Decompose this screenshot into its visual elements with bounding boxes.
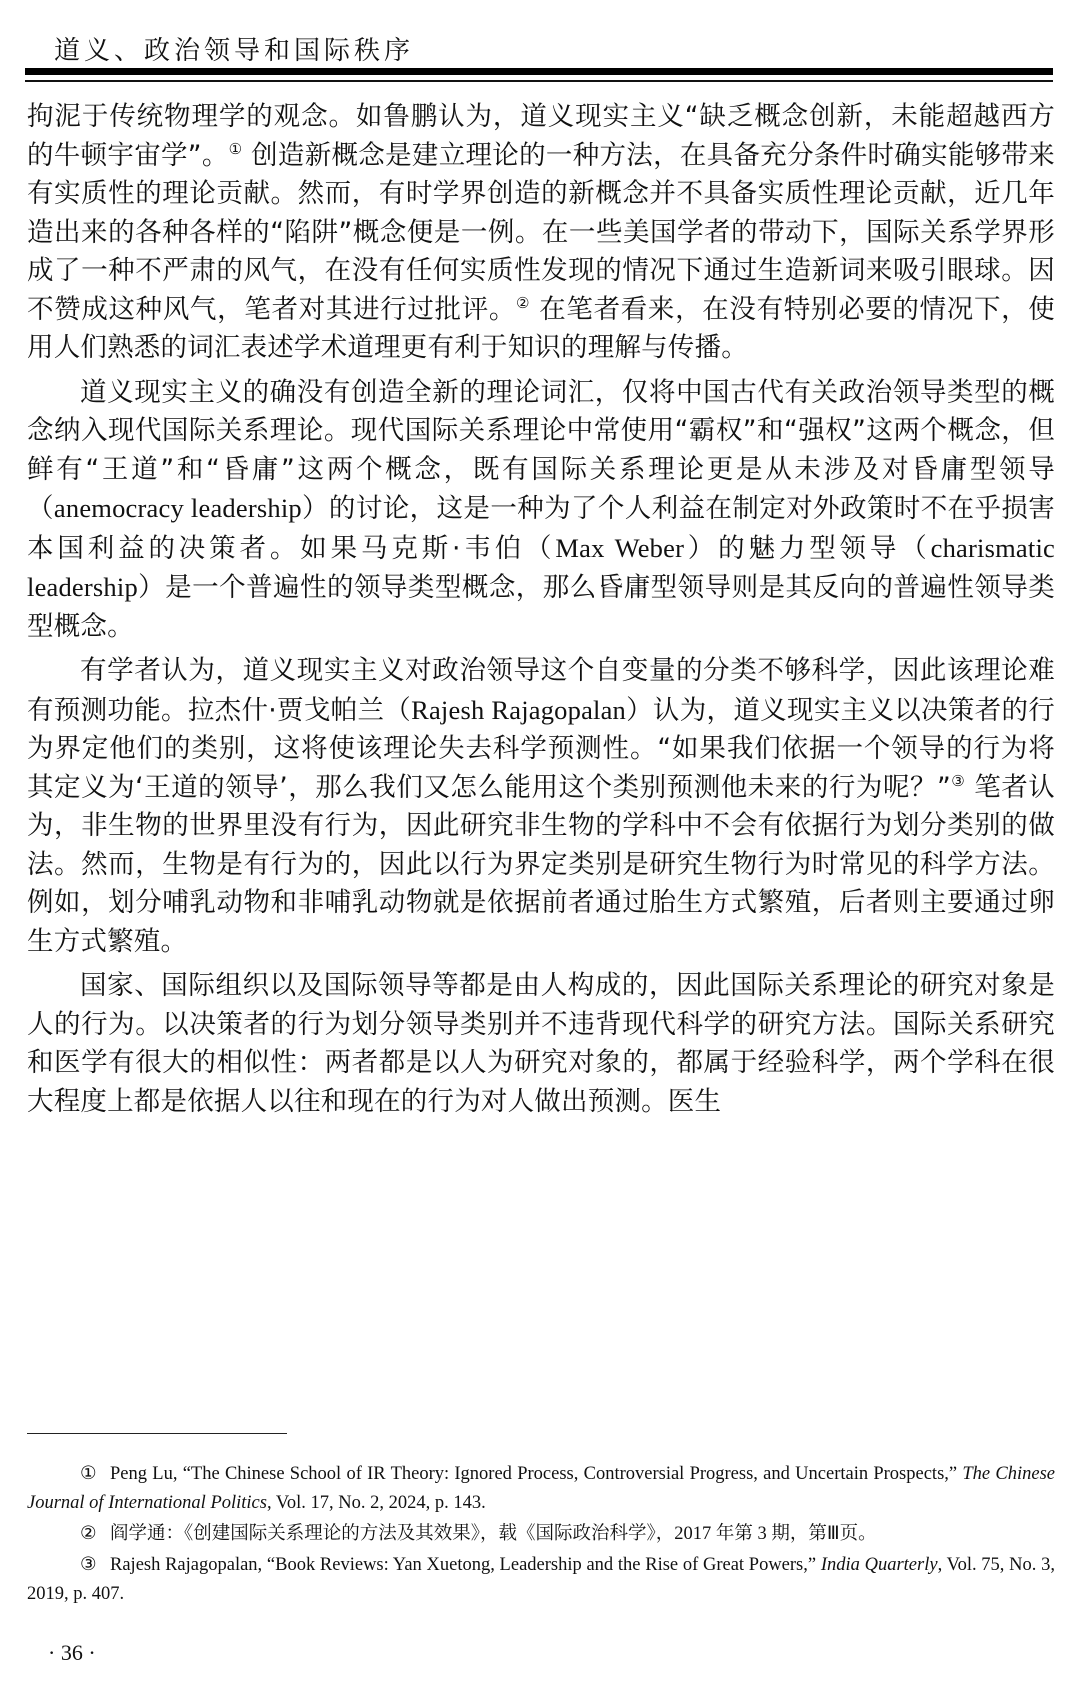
footnote-2: ②阎学通：《创建国际关系理论的方法及其效果》，载《国际政治科学》，2017 年第… xyxy=(27,1520,1055,1549)
text-run: , Vol. 17, No. 2, 2024, p. 143. xyxy=(267,1493,486,1513)
latin-term: anemocracy leadership xyxy=(54,493,302,523)
footnotes: ①Peng Lu, “The Chinese School of IR Theo… xyxy=(27,1460,1055,1611)
footnote-separator xyxy=(27,1433,287,1434)
text-run: ）的魅力型领导（ xyxy=(684,533,931,564)
footnote-ref[interactable]: ③ xyxy=(951,772,965,790)
header-rule-thin xyxy=(25,80,1053,82)
footnote-1: ①Peng Lu, “The Chinese School of IR Theo… xyxy=(27,1460,1055,1518)
italic-title: India Quarterly xyxy=(821,1555,938,1575)
footnote-ref[interactable]: ① xyxy=(229,140,243,158)
text-run: ）是一个普遍性的领导类型概念，那么昏庸型领导则是其反向的普遍性领导类型概念。 xyxy=(27,572,1055,642)
footnote-marker: ② xyxy=(80,1520,110,1549)
footnote-3: ③Rajesh Rajagopalan, “Book Reviews: Yan … xyxy=(27,1551,1055,1609)
text-run: Rajesh Rajagopalan, “Book Reviews: Yan X… xyxy=(110,1555,821,1575)
paragraph-3: 有学者认为，道义现实主义对政治领导这个自变量的分类不够科学，因此该理论难有预测功… xyxy=(27,652,1055,961)
footnote-marker: ① xyxy=(80,1460,110,1489)
text-run: 国家、国际组织以及国际领导等都是由人构成的，因此国际关系理论的研究对象是人的行为… xyxy=(27,970,1055,1117)
latin-term: Rajesh Rajagopalan xyxy=(411,695,626,725)
text-run: Peng Lu, “The Chinese School of IR Theor… xyxy=(110,1464,962,1484)
paragraph-2: 道义现实主义的确没有创造全新的理论词汇，仅将中国古代有关政治领导类型的概念纳入现… xyxy=(27,374,1055,647)
body-text: 拘泥于传统物理学的观念。如鲁鹏认为，道义现实主义“缺乏概念创新，未能超越西方的牛… xyxy=(27,98,1055,1121)
paragraph-1: 拘泥于传统物理学的观念。如鲁鹏认为，道义现实主义“缺乏概念创新，未能超越西方的牛… xyxy=(27,98,1055,368)
header-rule-thick xyxy=(25,68,1053,75)
paragraph-4: 国家、国际组织以及国际领导等都是由人构成的，因此国际关系理论的研究对象是人的行为… xyxy=(27,967,1055,1121)
text-run: 阎学通：《创建国际关系理论的方法及其效果》，载《国际政治科学》，2017 年第 … xyxy=(110,1524,877,1544)
page-number: · 36 · xyxy=(48,1640,96,1666)
footnote-marker: ③ xyxy=(80,1551,110,1580)
footnote-ref[interactable]: ② xyxy=(516,294,530,312)
running-head: 道义、政治领导和国际秩序 xyxy=(54,30,414,67)
latin-term: Max Weber xyxy=(555,533,684,563)
